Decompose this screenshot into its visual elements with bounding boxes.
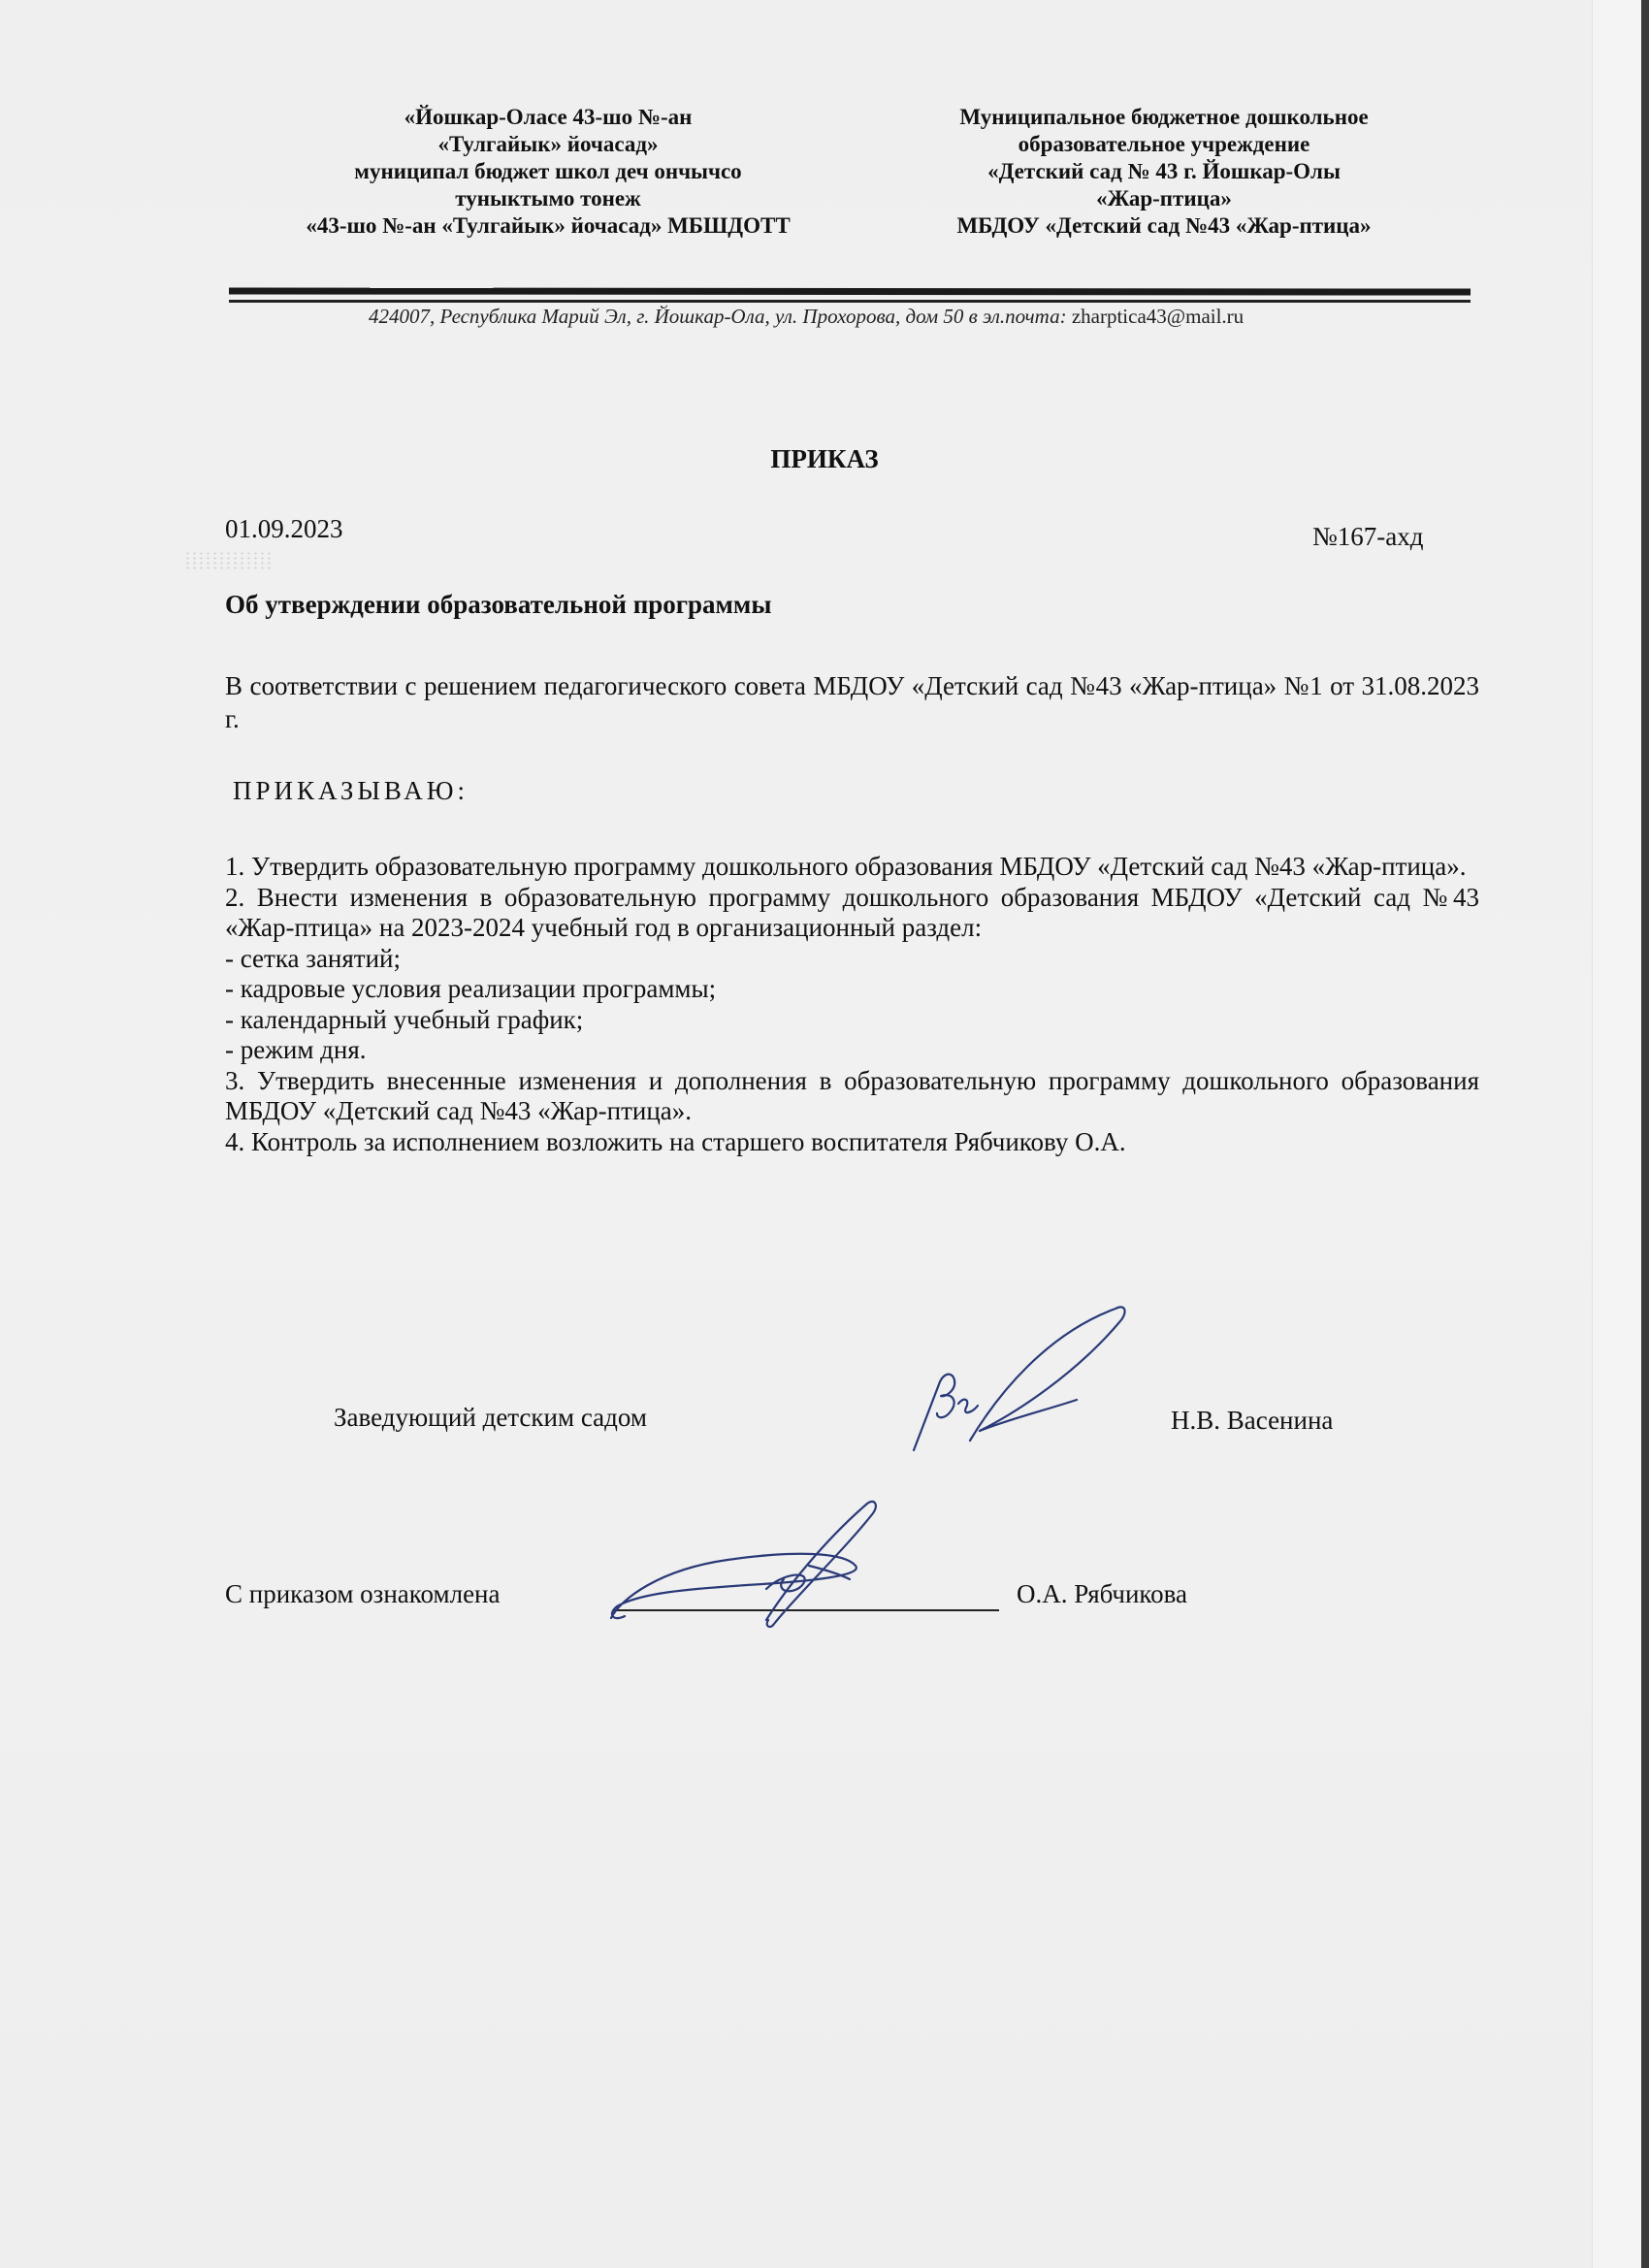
letterhead-line: образовательное учреждение: [883, 131, 1445, 158]
scanned-page: «Йошкар-Оласе 43-шо №-ан «Тулгайык» йоча…: [0, 0, 1649, 2268]
scan-margin: [1592, 0, 1641, 2268]
order-item: 3. Утвердить внесенные изменения и допол…: [225, 1066, 1479, 1127]
acknowledged-label: С приказом ознакомлена: [225, 1579, 501, 1609]
letterhead-mari: «Йошкар-Оласе 43-шо №-ан «Тулгайык» йоча…: [233, 104, 863, 240]
order-subitem: - режим дня.: [225, 1035, 1479, 1066]
letterhead-line: МБДОУ «Детский сад №43 «Жар-птица»: [883, 212, 1445, 240]
scan-edge: [1641, 0, 1649, 2268]
order-directive: ПРИКАЗЫВАЮ:: [233, 776, 469, 806]
document-date: 01.09.2023: [225, 514, 343, 544]
letterhead-line: «43-шо №-ан «Тулгайык» йочасад» МБШДОТТ: [233, 212, 863, 240]
header-divider-thin: [229, 300, 1471, 303]
letterhead-line: «Йошкар-Оласе 43-шо №-ан: [233, 104, 863, 131]
letterhead-line: «Жар-птица»: [883, 185, 1445, 212]
letterhead-line: туныктымо тонеж: [233, 185, 863, 212]
letterhead-line: «Тулгайык» йочасад»: [233, 131, 863, 158]
document-number: №167-ахд: [1312, 522, 1423, 552]
order-item: 1. Утвердить образовательную программу д…: [225, 852, 1479, 883]
order-item: 2. Внести изменения в образовательную пр…: [225, 883, 1479, 944]
head-name: Н.В. Васенина: [1171, 1406, 1333, 1436]
order-items: 1. Утвердить образовательную программу д…: [225, 852, 1479, 1157]
email-address: zharptica43@mail.ru: [1072, 305, 1244, 328]
address-line: 424007, Республика Марий Эл, г. Йошкар-О…: [369, 305, 1244, 329]
document-basis: В соответствии с решением педагогическог…: [225, 669, 1479, 735]
acknowledged-name: О.А. Рябчикова: [1017, 1579, 1187, 1609]
header-divider-thick: [229, 287, 1471, 295]
letterhead-line: «Детский сад № 43 г. Йошкар-Олы: [883, 158, 1445, 185]
document-title: ПРИКАЗ: [0, 444, 1649, 474]
scan-noise: [184, 551, 272, 570]
letterhead-line: муниципал бюджет школ деч ончычсо: [233, 158, 863, 185]
order-item: 4. Контроль за исполнением возложить на …: [225, 1127, 1479, 1158]
letterhead-russian: Муниципальное бюджетное дошкольное образ…: [883, 104, 1445, 240]
order-subitem: - календарный учебный график;: [225, 1005, 1479, 1036]
acknowledged-signature-icon: [601, 1492, 1028, 1637]
letterhead-line: Муниципальное бюджетное дошкольное: [883, 104, 1445, 131]
order-subitem: - сетка занятий;: [225, 944, 1479, 975]
postal-address: 424007, Республика Марий Эл, г. Йошкар-О…: [369, 305, 1067, 328]
head-signature-icon: [902, 1295, 1135, 1470]
document-subject: Об утверждении образовательной программы: [225, 590, 771, 620]
order-subitem: - кадровые условия реализации программы;: [225, 974, 1479, 1005]
head-position: Заведующий детским садом: [334, 1403, 647, 1433]
